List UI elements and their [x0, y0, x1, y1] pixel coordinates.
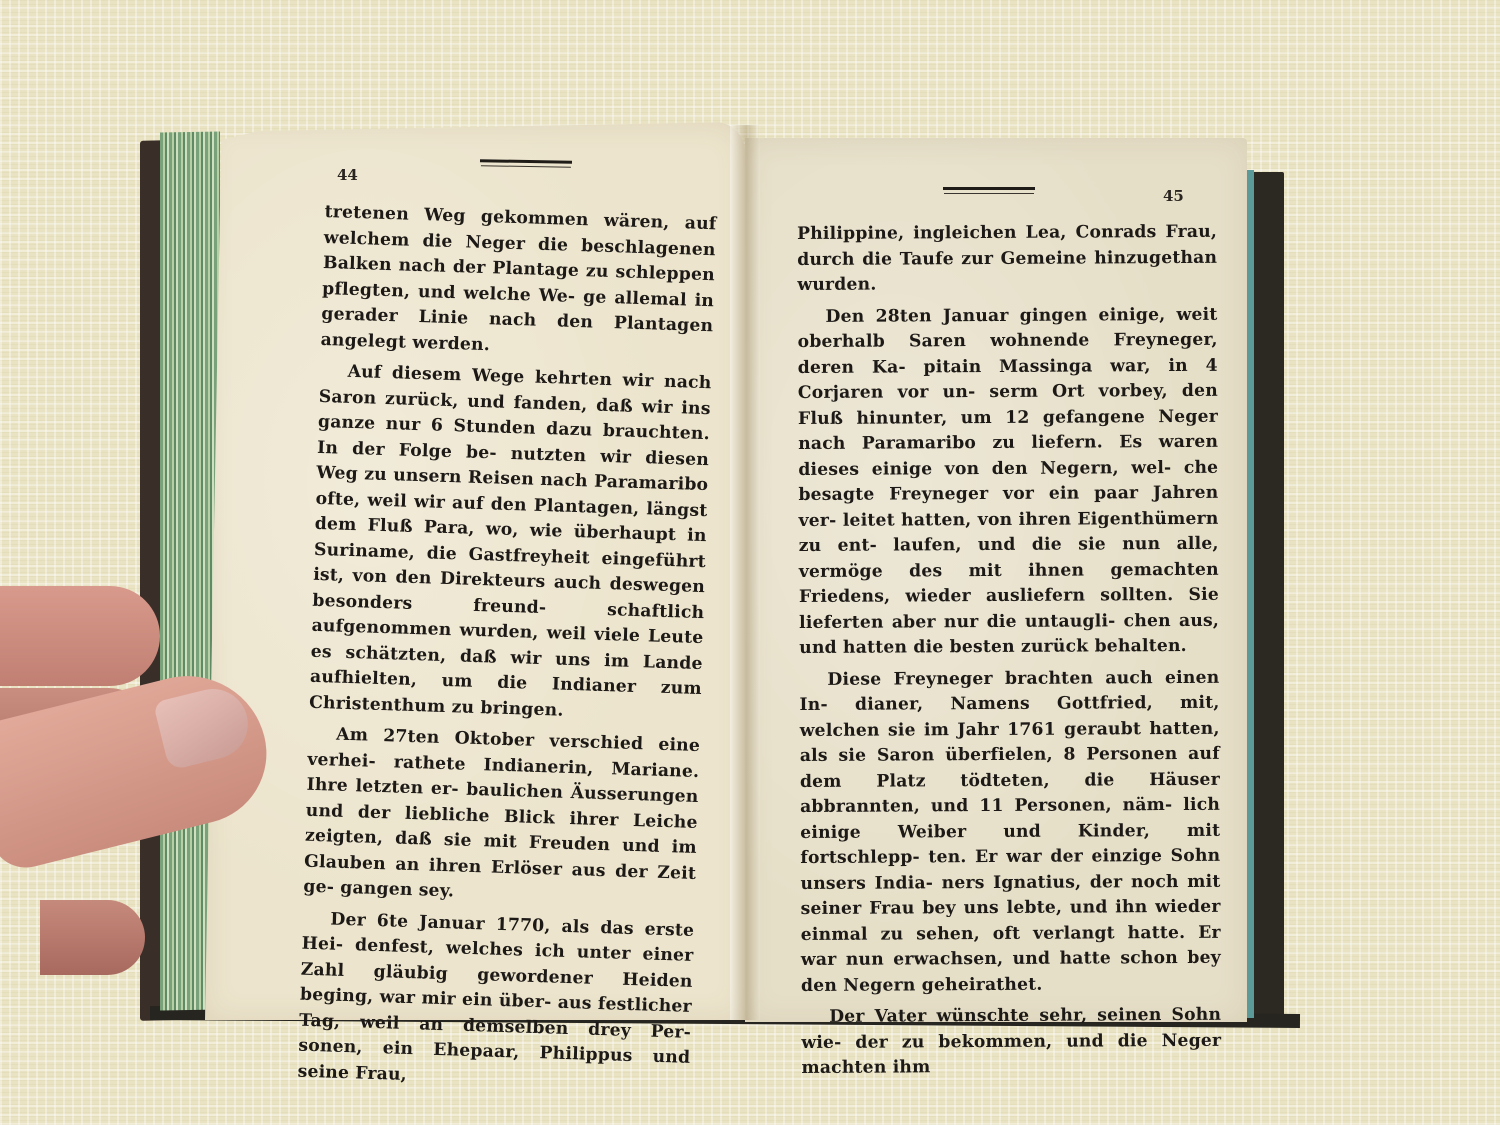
paragraph: Diese Freyneger brachten auch einen In- … [799, 665, 1221, 999]
left-page-text: tretenen Weg gekommen wären, auf welchem… [297, 200, 717, 1097]
thumbnail [153, 682, 255, 771]
paragraph: Philippine, ingleichen Lea, Conrads Frau… [797, 220, 1217, 299]
left-page-number: 44 [337, 166, 358, 184]
text-line: sonen, ein Ehepaar, Philippus und seine … [297, 1036, 690, 1085]
text-line: der zu bekommen, und die Neger machten i… [801, 1030, 1221, 1078]
photo-scene: 44 45 tretenen Weg gekommen wären, auf w… [0, 0, 1500, 1125]
paragraph: Den 28ten Januar gingen einige, weit obe… [797, 302, 1219, 661]
paragraph: Der 6te Januar 1770, als das erste Hei- … [297, 906, 694, 1097]
right-page-number: 45 [1163, 187, 1184, 205]
right-header-rule [943, 187, 1035, 190]
paragraph: Am 27ten Oktober verschied eine verhei- … [303, 722, 700, 913]
right-page-text: Philippine, ingleichen Lea, Conrads Frau… [797, 220, 1221, 1082]
book-cover-right [1250, 172, 1284, 1024]
paragraph: Der Vater wünschte sehr, seinen Sohn wie… [801, 1003, 1221, 1082]
index-finger [0, 586, 160, 686]
ring-finger [40, 900, 145, 975]
text-line: gangen sey. [340, 878, 454, 902]
paragraph: Auf diesem Wege kehrten wir nach Saron z… [309, 359, 712, 728]
text-line: angelegt werden. [320, 329, 490, 354]
hand [0, 580, 300, 1000]
book-gutter [730, 125, 760, 1020]
text-line: Den 28ten Januar gingen einige, weit [825, 304, 1217, 326]
paragraph: tretenen Weg gekommen wären, auf welchem… [320, 200, 717, 365]
